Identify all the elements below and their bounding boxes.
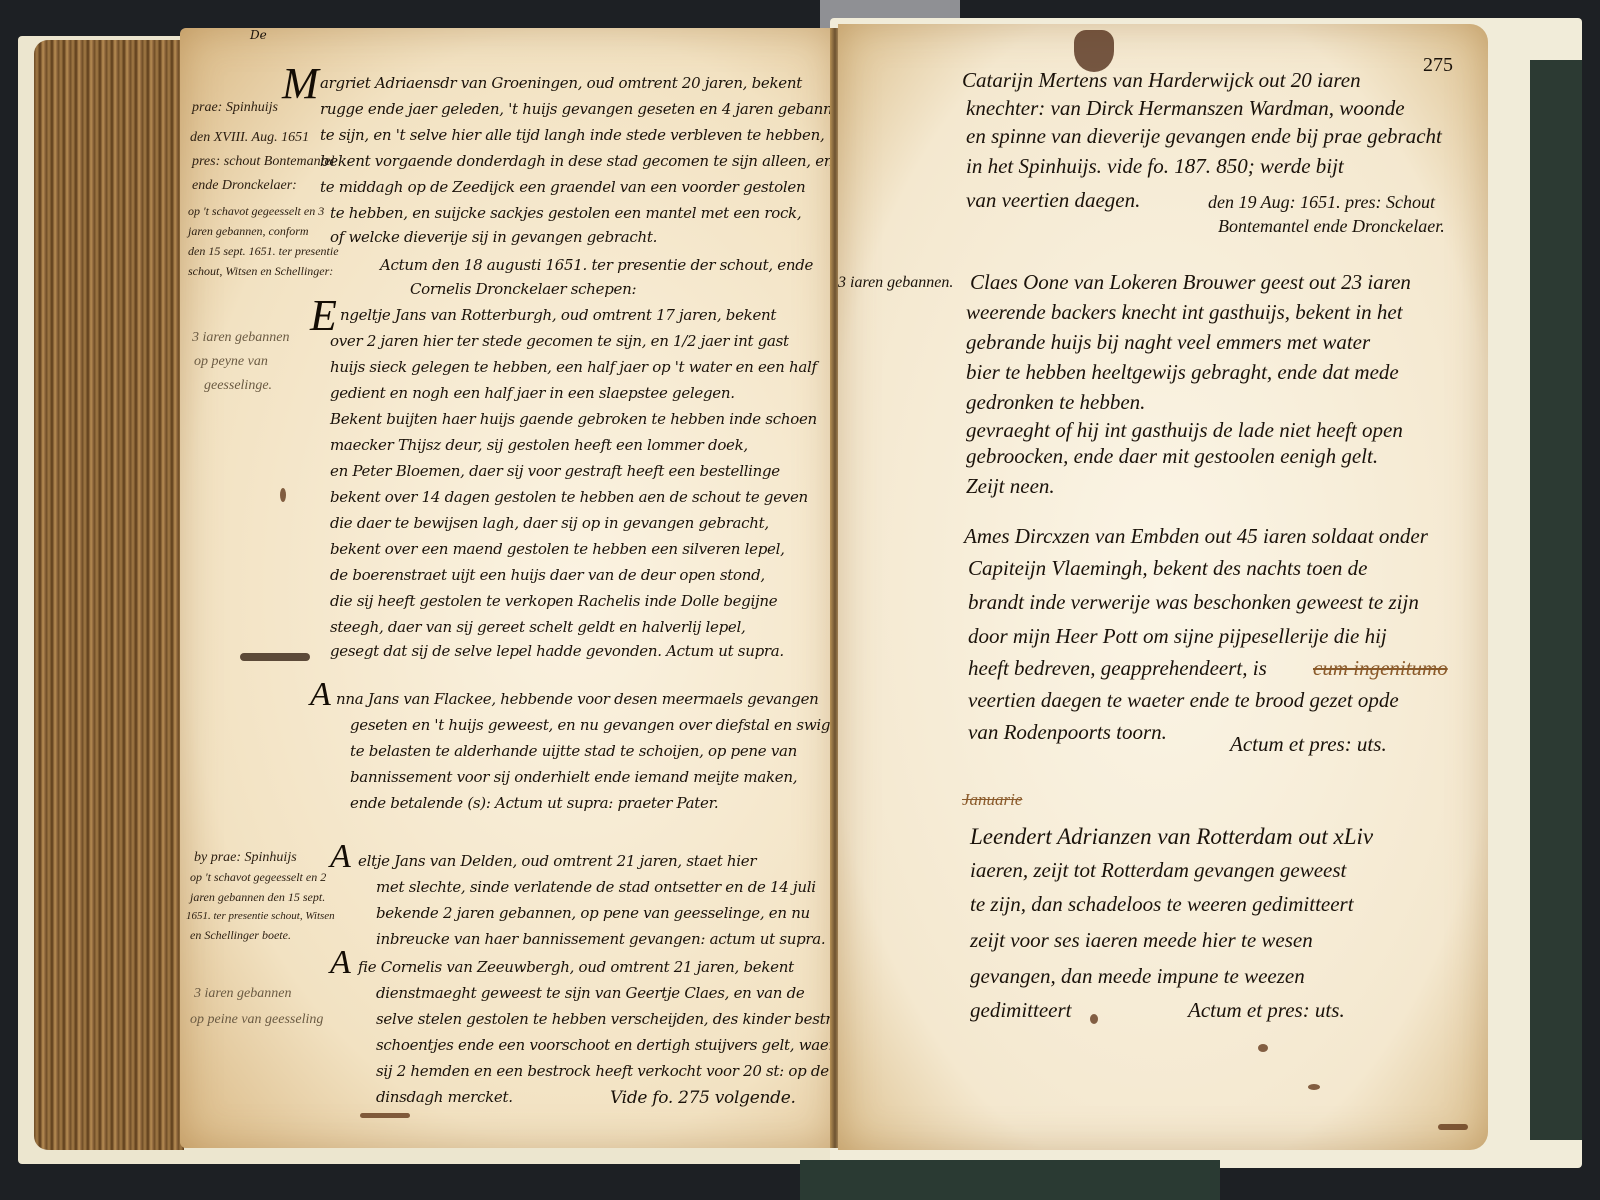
margin-note: den 15 sept. 1651. ter presentie xyxy=(188,244,339,259)
entry-line: gevraeght of hij int gasthuijs de lade n… xyxy=(966,418,1403,443)
entry-line: fie Cornelis van Zeeuwbergh, oud omtrent… xyxy=(358,958,794,976)
ink-blot xyxy=(240,653,310,661)
entry-line: te sijn, en 't selve hier alle tijd lang… xyxy=(320,126,824,144)
entry-line: maecker Thijsz deur, sij gestolen heeft … xyxy=(330,436,748,454)
entry-initial: A xyxy=(330,944,351,982)
entry-line: te hebben, en suijcke sackjes gestolen e… xyxy=(330,204,801,222)
entry-line: dienstmaeght geweest te sijn van Geertje… xyxy=(376,984,805,1002)
margin-note: jaren gebannen, conform xyxy=(188,224,309,239)
entry-line: met slechte, sinde verlatende de stad on… xyxy=(376,878,816,896)
entry-line: rugge ende jaer geleden, 't huijs gevang… xyxy=(320,100,915,118)
margin-note: 3 iaren gebannen. xyxy=(838,274,953,292)
crossed-heading: Januarie xyxy=(962,790,1022,810)
entry-line: Zeijt neen. xyxy=(966,474,1055,499)
page-block-edges xyxy=(34,40,184,1150)
struck-text: cum ingenitumo xyxy=(1313,656,1448,681)
entry-line: huijs sieck gelegen te hebben, een half … xyxy=(330,358,817,376)
entry-line: Ames Dircxzen van Embden out 45 iaren so… xyxy=(964,524,1428,549)
entry-closing: Actum et pres: uts. xyxy=(1230,732,1387,757)
entry-line: bannissement voor sij onderhielt ende ie… xyxy=(350,768,797,786)
entry-line: van veertien daegen. xyxy=(966,188,1140,213)
ink-blot xyxy=(360,1113,410,1118)
entry-closing: Actum den 18 augusti 1651. ter presentie… xyxy=(380,256,813,274)
ink-spot xyxy=(1308,1084,1320,1090)
entry-line: die daer te bewijsen lagh, daer sij op i… xyxy=(330,514,769,532)
entry-line: argriet Adriaensdr van Groeningen, oud o… xyxy=(320,74,802,92)
entry-line: steegh, daer van sij gereet schelt geldt… xyxy=(330,618,745,636)
entry-line: heeft bedreven, geapprehendeert, is xyxy=(968,656,1267,681)
margin-note: 1651. ter presentie schout, Witsen xyxy=(186,910,335,922)
margin-note: pres: schout Bontemantel xyxy=(192,154,335,170)
left-page: De prae: Spinhuijs den XVIII. Aug. 1651 … xyxy=(180,28,835,1148)
entry-line: gebroocken, ende daer mit gestoolen eeni… xyxy=(966,444,1378,469)
entry-line: weerende backers knecht int gasthuijs, b… xyxy=(966,300,1403,325)
entry-line: selve stelen gestolen te hebben verschei… xyxy=(376,1010,876,1028)
margin-note: op 't schavot gegeesselt en 2 xyxy=(190,870,326,885)
entry-line: brandt inde verwerije was beschonken gew… xyxy=(968,590,1419,615)
entry-line: knechter: van Dirck Hermanszen Wardman, … xyxy=(966,96,1405,121)
entry-line: bekent over 14 dagen gestolen te hebben … xyxy=(330,488,808,506)
margin-note: schout, Witsen en Schellinger: xyxy=(188,264,333,279)
margin-note: by prae: Spinhuijs xyxy=(194,850,297,866)
entry-line: Catarijn Mertens van Harderwijck out 20 … xyxy=(962,68,1361,93)
book-strap-bottom xyxy=(800,1160,1220,1200)
entry-line: die sij heeft gestolen te verkopen Rache… xyxy=(330,592,777,610)
entry-initial: M xyxy=(282,58,319,109)
top-left-mark: De xyxy=(250,28,267,42)
ink-stain xyxy=(1074,30,1114,72)
entry-line: Leendert Adrianzen van Rotterdam out xLi… xyxy=(970,824,1373,850)
entry-closing: Cornelis Dronckelaer schepen: xyxy=(410,280,636,298)
margin-note: op peine van geesseling xyxy=(190,1012,323,1028)
right-page: 275 Catarijn Mertens van Harderwijck out… xyxy=(838,24,1488,1150)
entry-line: en spinne van dieverije gevangen ende bi… xyxy=(966,124,1442,149)
entry-line: van Rodenpoorts toorn. xyxy=(968,720,1167,745)
entry-line: zeijt voor ses iaeren meede hier te wese… xyxy=(970,928,1313,953)
entry-initial: A xyxy=(310,676,331,714)
entry-initial: A xyxy=(330,838,351,876)
entry-line: gedimitteert xyxy=(970,998,1071,1023)
entry-line: veertien daegen te waeter ende te brood … xyxy=(968,688,1399,713)
entry-line: te zijn, dan schadeloos te weeren gedimi… xyxy=(970,892,1354,917)
margin-note: 3 iaren gebannen xyxy=(192,330,289,346)
folio-number: 275 xyxy=(1423,54,1453,77)
entry-line: de boerenstraet uijt een huijs daer van … xyxy=(330,566,765,584)
ink-spot xyxy=(1090,1014,1098,1024)
entry-line: en Peter Bloemen, daer sij voor gestraft… xyxy=(330,462,780,480)
book-cover-spine-cloth xyxy=(1530,60,1582,1140)
entry-line: over 2 jaren hier ter stede gecomen te s… xyxy=(330,332,789,350)
entry-line: Bekent buijten haer huijs gaende gebroke… xyxy=(330,410,817,428)
entry-line: eltje Jans van Delden, oud omtrent 21 ja… xyxy=(358,852,756,870)
ink-spot xyxy=(1258,1044,1268,1052)
entry-line: bekent vorgaende donderdagh in dese stad… xyxy=(320,152,833,170)
entry-closing: Bontemantel ende Dronckelaer. xyxy=(1218,216,1445,237)
entry-line: door mijn Heer Pott om sijne pijpeseller… xyxy=(968,624,1387,649)
entry-line: geseten en 't huijs geweest, en nu gevan… xyxy=(350,716,859,734)
entry-line: bekende 2 jaren gebannen, op pene van ge… xyxy=(376,904,810,922)
entry-line: bier te hebben heeltgewijs gebraght, end… xyxy=(966,360,1399,385)
margin-note: den XVIII. Aug. 1651 xyxy=(190,130,309,146)
entry-line: iaeren, zeijt tot Rotterdam gevangen gew… xyxy=(970,858,1346,883)
entry-line: gevangen, dan meede impune te weezen xyxy=(970,964,1305,989)
entry-line: ngeltje Jans van Rotterburgh, oud omtren… xyxy=(340,306,776,324)
entry-line: inbreucke van haer bannissement gevangen… xyxy=(376,930,825,948)
entry-line: sij 2 hemden en een bestrock heeft verko… xyxy=(376,1062,829,1080)
entry-line: gedient en nogh een half jaer in een sla… xyxy=(330,384,735,402)
margin-note: jaren gebannen den 15 sept. xyxy=(190,890,325,905)
entry-closing: den 19 Aug: 1651. pres: Schout xyxy=(1208,192,1435,213)
entry-line: schoentjes ende een voorschoot en dertig… xyxy=(376,1036,866,1054)
entry-line: te belasten te alderhande uijtte stad te… xyxy=(350,742,797,760)
margin-note: 3 iaren gebannen xyxy=(194,986,291,1002)
entry-closing: Actum et pres: uts. xyxy=(1188,998,1345,1023)
entry-closing: Vide fo. 275 volgende. xyxy=(610,1088,796,1108)
entry-line: Capiteijn Vlaemingh, bekent des nachts t… xyxy=(968,556,1368,581)
margin-note: en Schellinger boete. xyxy=(190,928,291,943)
margin-note: op 't schavot gegeesselt en 3 xyxy=(188,204,324,219)
entry-line: gedronken te hebben. xyxy=(966,390,1145,415)
entry-line: ende betalende (s): Actum ut supra: prae… xyxy=(350,794,718,812)
entry-line: dinsdagh mercket. xyxy=(376,1088,513,1106)
entry-line: in het Spinhuijs. vide fo. 187. 850; wer… xyxy=(966,154,1344,179)
ink-spot xyxy=(1438,1124,1468,1130)
ink-blot xyxy=(280,488,286,502)
entry-line: Claes Oone van Lokeren Brouwer geest out… xyxy=(970,270,1411,295)
entry-line: te middagh op de Zeedijck een graendel v… xyxy=(320,178,805,196)
margin-note: geesselinge. xyxy=(204,378,272,394)
margin-note: op peyne van xyxy=(194,354,268,370)
entry-line: of welcke dieverije sij in gevangen gebr… xyxy=(330,228,657,246)
margin-note: ende Dronckelaer: xyxy=(192,178,297,194)
entry-line: gebrande huijs bij naght veel emmers met… xyxy=(966,330,1370,355)
entry-line: gesegt dat sij de selve lepel hadde gevo… xyxy=(330,642,784,660)
margin-note: prae: Spinhuijs xyxy=(192,100,278,116)
entry-line: nna Jans van Flackee, hebbende voor dese… xyxy=(336,690,819,708)
entry-line: bekent over een maend gestolen te hebben… xyxy=(330,540,785,558)
